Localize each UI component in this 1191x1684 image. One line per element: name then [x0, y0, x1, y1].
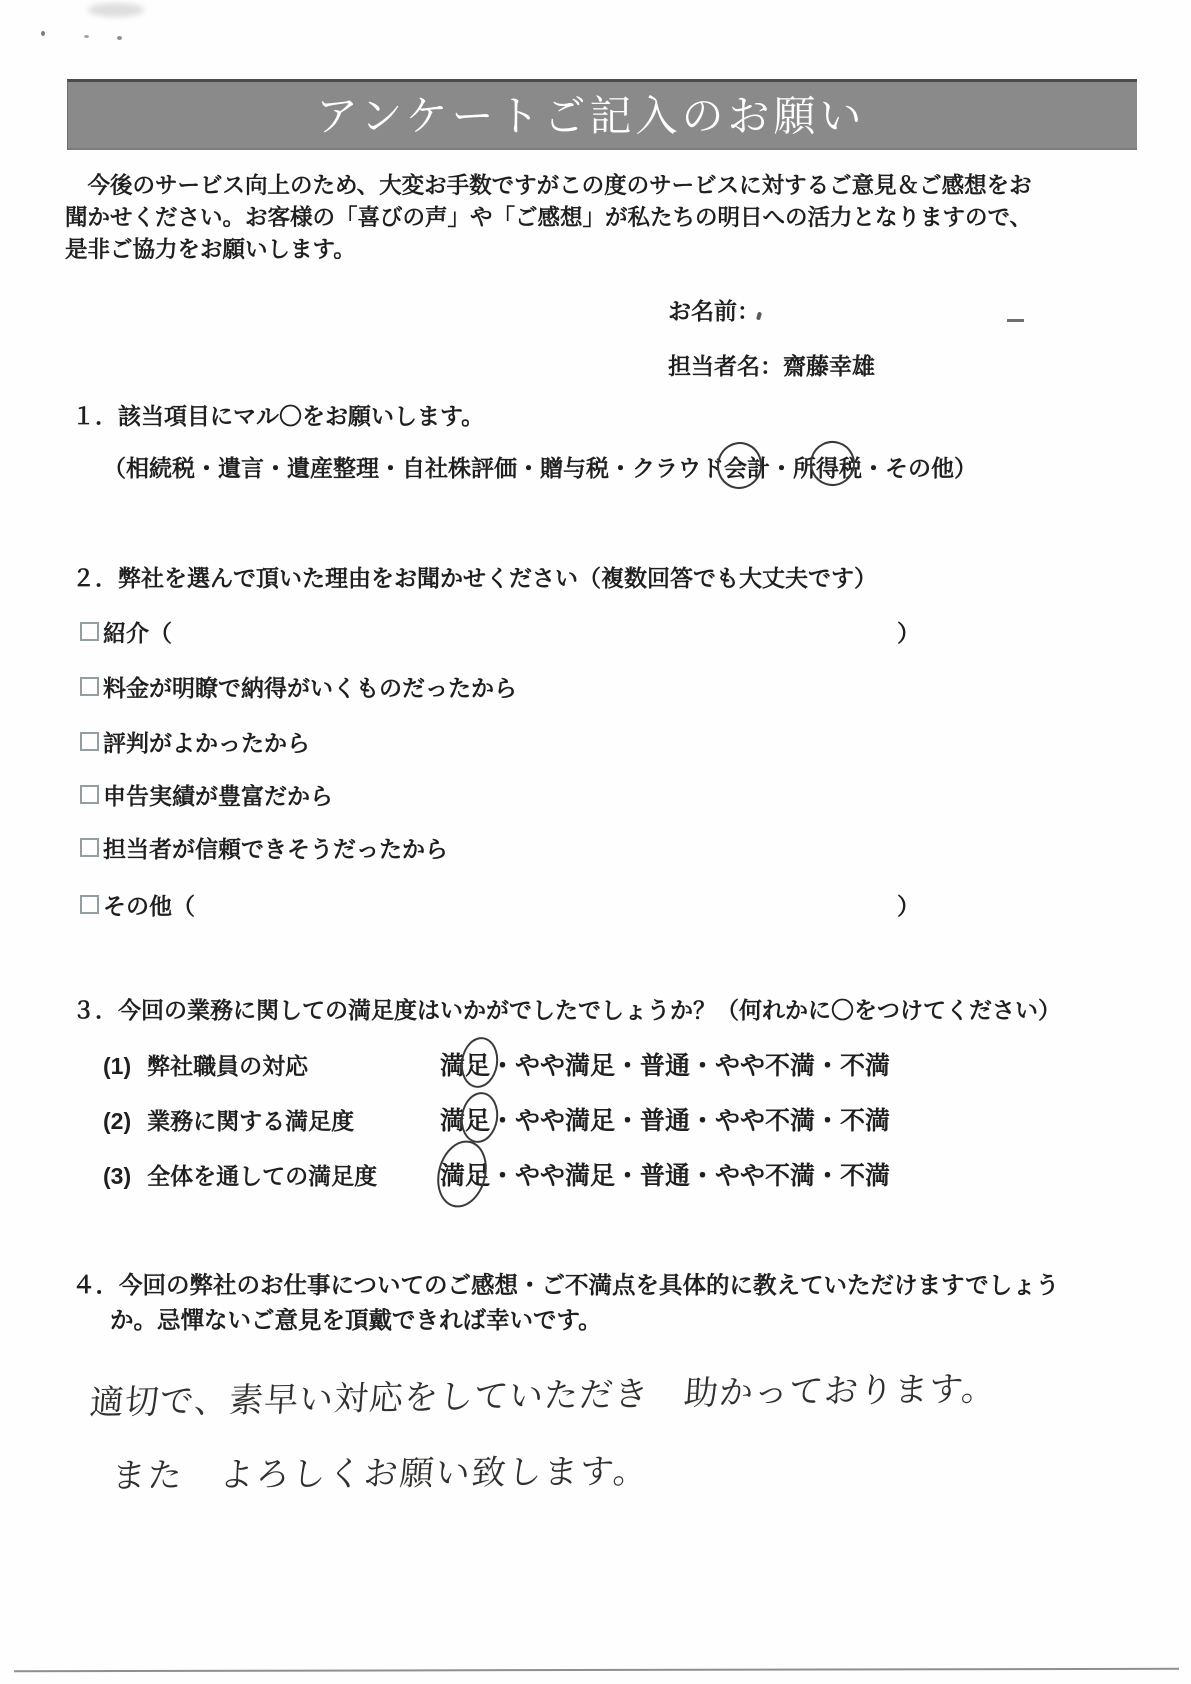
q2-option-close-paren[interactable]: ）: [897, 615, 920, 648]
circle-annotation-kaikei: 会: [724, 450, 747, 483]
q3-heading: ３．今回の業務に関しての満足度はいかがでしたでしょうか？（何れかに〇をつけてくだ…: [72, 992, 1061, 1025]
q1-segment: 会: [724, 455, 747, 481]
circle-annotation-shotokuzei: 得: [816, 450, 839, 483]
checkbox[interactable]: [80, 838, 99, 857]
q3-scale-row: 満足・やや満足・普通・やや不満・不満: [440, 1156, 890, 1192]
q2-option-label: その他（: [103, 888, 195, 921]
intro-line: 是非ご協力をお願いします。: [65, 234, 356, 266]
scan-edge-line: [14, 1668, 1179, 1672]
q2-option-row: 申告実績が豊富だから: [80, 778, 333, 811]
q4-heading-line: ４．今回の弊社のお仕事についてのご感想・ご不満点を具体的に教えていただけますでし…: [72, 1266, 1059, 1300]
q3-row-number: (2): [103, 1108, 131, 1134]
q2-option-label: 紹介（: [103, 615, 172, 648]
q1-segment: 得: [816, 455, 839, 481]
handwritten-comment-line: 適切で、素早い対応をしていただき 助かっております。: [88, 1361, 998, 1424]
q3-row-label: (2)業務に関する満足度: [103, 1103, 354, 1136]
handwritten-comment-line: また よろしくお願い致します。: [110, 1444, 651, 1498]
q1-segment: 計・所: [747, 455, 816, 481]
checkbox[interactable]: [80, 895, 99, 914]
scan-speck: [84, 35, 89, 38]
q3-row-label: (3)全体を通しての満足度: [103, 1158, 377, 1191]
intro-line: 聞かせください。お客様の「喜びの声」や「ご感想」が私たちの明日への活力となります…: [65, 202, 1032, 234]
q3-row-text: 業務に関する満足度: [147, 1108, 354, 1134]
satisfaction-options[interactable]: ・やや満足・普通・やや不満・不満: [490, 1107, 890, 1135]
name-label: お名前：: [668, 298, 760, 324]
q2-option-row: 料金が明瞭で納得がいくものだったから: [80, 670, 517, 703]
q1-heading: １．該当項目にマル〇をお願いします。: [72, 398, 484, 431]
satisfaction-selected[interactable]: 満足: [440, 1101, 490, 1137]
q1-options-line: （相続税・遺言・遺産整理・自社株評価・贈与税・クラウド会計・所得税・その他）: [103, 450, 977, 483]
page-title: アンケートご記入のお願い: [316, 84, 865, 144]
checkbox[interactable]: [80, 677, 99, 696]
q3-row-text: 全体を通しての満足度: [147, 1163, 377, 1189]
staff-name: 齋藤幸雄: [783, 353, 875, 379]
name-row: お名前：: [668, 291, 990, 326]
q3-row-label: (1)弊社職員の対応: [103, 1048, 308, 1081]
name-field-blank[interactable]: [760, 291, 990, 319]
pen-dash: [1007, 319, 1024, 322]
q2-option-row: 紹介（: [80, 615, 172, 648]
checkbox[interactable]: [80, 622, 99, 641]
q3-row-text: 弊社職員の対応: [147, 1053, 308, 1079]
q2-option-row: その他（: [80, 888, 195, 921]
scan-speck: [41, 31, 45, 36]
q1-segment: （相続税・遺言・遺産整理・自社株評価・贈与税・クラウド: [103, 455, 724, 481]
q2-option-row: 評判がよかったから: [80, 725, 310, 758]
intro-line: 今後のサービス向上のため、大変お手数ですがこの度のサービスに対するご意見＆ご感想…: [65, 170, 1032, 202]
q4-heading-line: か。忌憚ないご意見を頂戴できれば幸いです。: [110, 1301, 602, 1335]
q2-option-label: 担当者が信頼できそうだったから: [103, 831, 448, 864]
q2-option-label: 料金が明瞭で納得がいくものだったから: [103, 670, 517, 703]
scanned-survey-page: アンケートご記入のお願い 今後のサービス向上のため、大変お手数ですがこの度のサー…: [0, 0, 1191, 1684]
q3-scale-row: 満足・やや満足・普通・やや不満・不満: [440, 1101, 890, 1137]
satisfaction-options[interactable]: ・やや満足・普通・やや不満・不満: [490, 1052, 890, 1080]
scan-smudge: [88, 3, 144, 17]
q2-option-row: 担当者が信頼できそうだったから: [80, 831, 448, 864]
satisfaction-options[interactable]: ・やや満足・普通・やや不満・不満: [490, 1162, 890, 1190]
q3-scale-row: 満足・やや満足・普通・やや不満・不満: [440, 1046, 890, 1082]
q1-segment: 税・その他）: [839, 455, 977, 481]
satisfaction-selected[interactable]: 満足: [440, 1156, 490, 1192]
staff-row: 担当者名：齋藤幸雄: [668, 348, 875, 381]
header-bar: アンケートご記入のお願い: [67, 79, 1137, 150]
scan-speck: [117, 36, 122, 40]
q3-row-number: (1): [103, 1053, 131, 1079]
checkbox[interactable]: [80, 732, 99, 751]
staff-label: 担当者名：: [668, 353, 783, 379]
q3-row-number: (3): [103, 1163, 131, 1189]
satisfaction-selected[interactable]: 満足: [440, 1046, 490, 1082]
q2-heading: ２．弊社を選んで頂いた理由をお聞かせください（複数回答でも大丈夫です）: [72, 560, 877, 593]
q2-option-label: 評判がよかったから: [103, 725, 310, 758]
q2-option-label: 申告実績が豊富だから: [103, 778, 333, 811]
checkbox[interactable]: [80, 785, 99, 804]
q2-option-close-paren[interactable]: ）: [897, 888, 920, 921]
